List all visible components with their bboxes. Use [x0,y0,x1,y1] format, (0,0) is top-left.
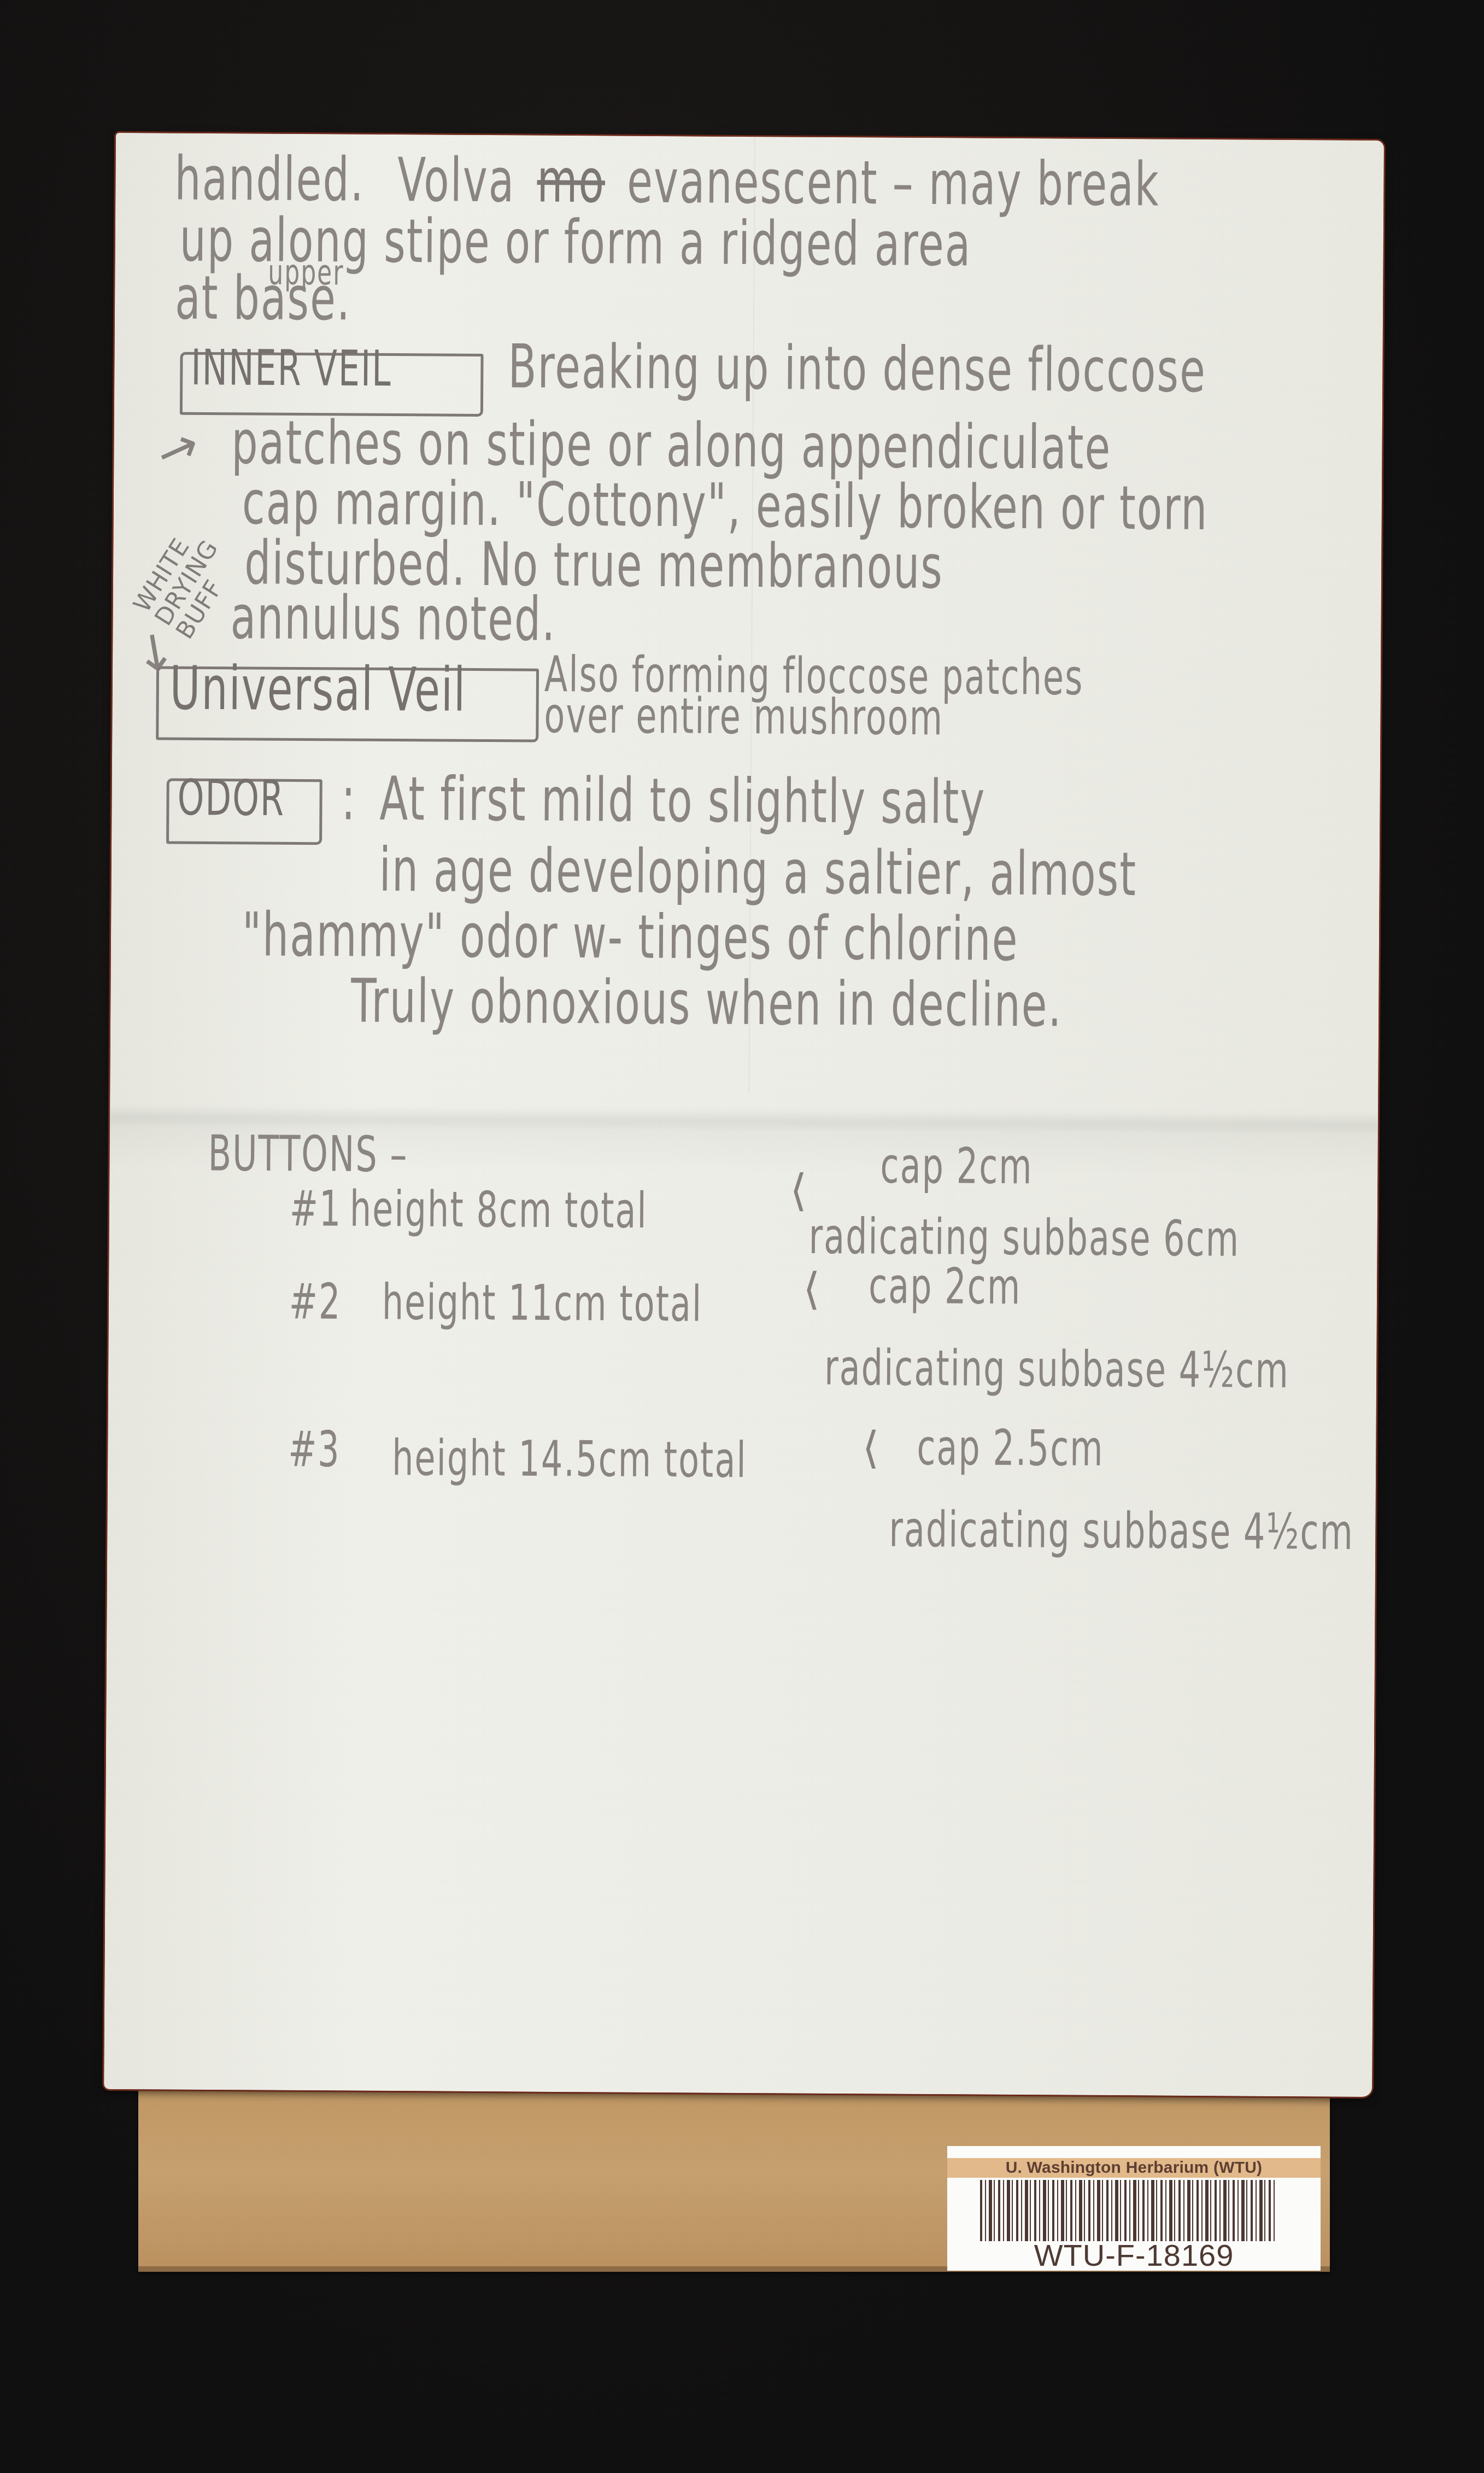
inner-veil-section: INNER VEIL Breaking up into dense flocco… [116,133,1384,141]
handwritten-field-notes-sheet: handled. Volva mo evanescent – may break… [104,133,1384,2097]
note-line: in age developing a saltier, almost [379,834,1137,910]
button-cap-size: cap 2.5cm [917,1418,1104,1477]
barcode-icon [980,2180,1275,2241]
note-line: At first mild to slightly salty [379,763,986,838]
odor-section: ODOR : At first mild to slightly salty i… [116,133,1384,141]
note-line: "hammy" odor w- tinges of chlorine [242,899,1019,974]
branch-arrow-icon: ⟨ [790,1165,807,1215]
herbarium-barcode-label: U. Washington Herbarium (WTU) WTU-F-1816… [947,2146,1321,2271]
button-height: height 14.5cm total [392,1429,747,1489]
note-line: annulus noted. [230,582,556,654]
note-line: at base. [175,262,351,334]
branch-arrow-icon: ⟨ [803,1264,820,1314]
institution-name: U. Washington Herbarium (WTU) [947,2158,1321,2178]
universal-veil-heading: Universal Veil [169,652,466,724]
note-line: over entire mushroom [544,686,943,746]
odor-heading: ODOR [177,769,285,827]
button-cap-size: cap 2cm [880,1137,1033,1196]
text-volva: Volva [397,144,515,215]
note-line: Truly obnoxious when in decline. [351,966,1063,1040]
button-subbase-size: radicating subbase 4½cm [889,1500,1354,1561]
color-change-margin-note: WHITE DRYING BUFF [130,523,244,644]
struck-out-word: mo [537,145,605,217]
button-subbase-size: radicating subbase 4½cm [824,1338,1289,1399]
volva-paragraph: handled. Volva mo evanescent – may break… [116,133,1384,141]
inner-veil-heading: INNER VEIL [191,338,392,397]
catalog-number: WTU-F-18169 [947,2239,1321,2272]
up-arrow-icon: ↗ [149,415,208,483]
button-height: height 11cm total [382,1273,703,1332]
buttons-section: BUTTONS – #1 height 8cm total ⟨ cap 2cm … [116,133,1384,141]
universal-veil-section: Universal Veil Also forming floccose pat… [116,133,1384,141]
branch-arrow-icon: ⟨ [862,1422,879,1473]
button-cap-size: cap 2cm [869,1257,1022,1316]
button-height: height 8cm total [350,1180,648,1240]
buttons-heading: BUTTONS – [208,1124,408,1183]
button-measurement-row: #1 height 8cm total ⟨ cap 2cm radicating… [116,133,1384,141]
button-number: #2 [289,1272,342,1330]
button-measurement-row: #3 height 14.5cm total ⟨ cap 2.5cm radic… [116,133,1384,141]
odor-colon: : [341,763,356,833]
button-measurement-row: #2 height 11cm total ⟨ cap 2cm radicatin… [116,133,1384,141]
button-number: #3 [288,1420,341,1478]
note-line: Breaking up into dense floccose [508,331,1206,406]
button-number: #1 [290,1179,342,1237]
